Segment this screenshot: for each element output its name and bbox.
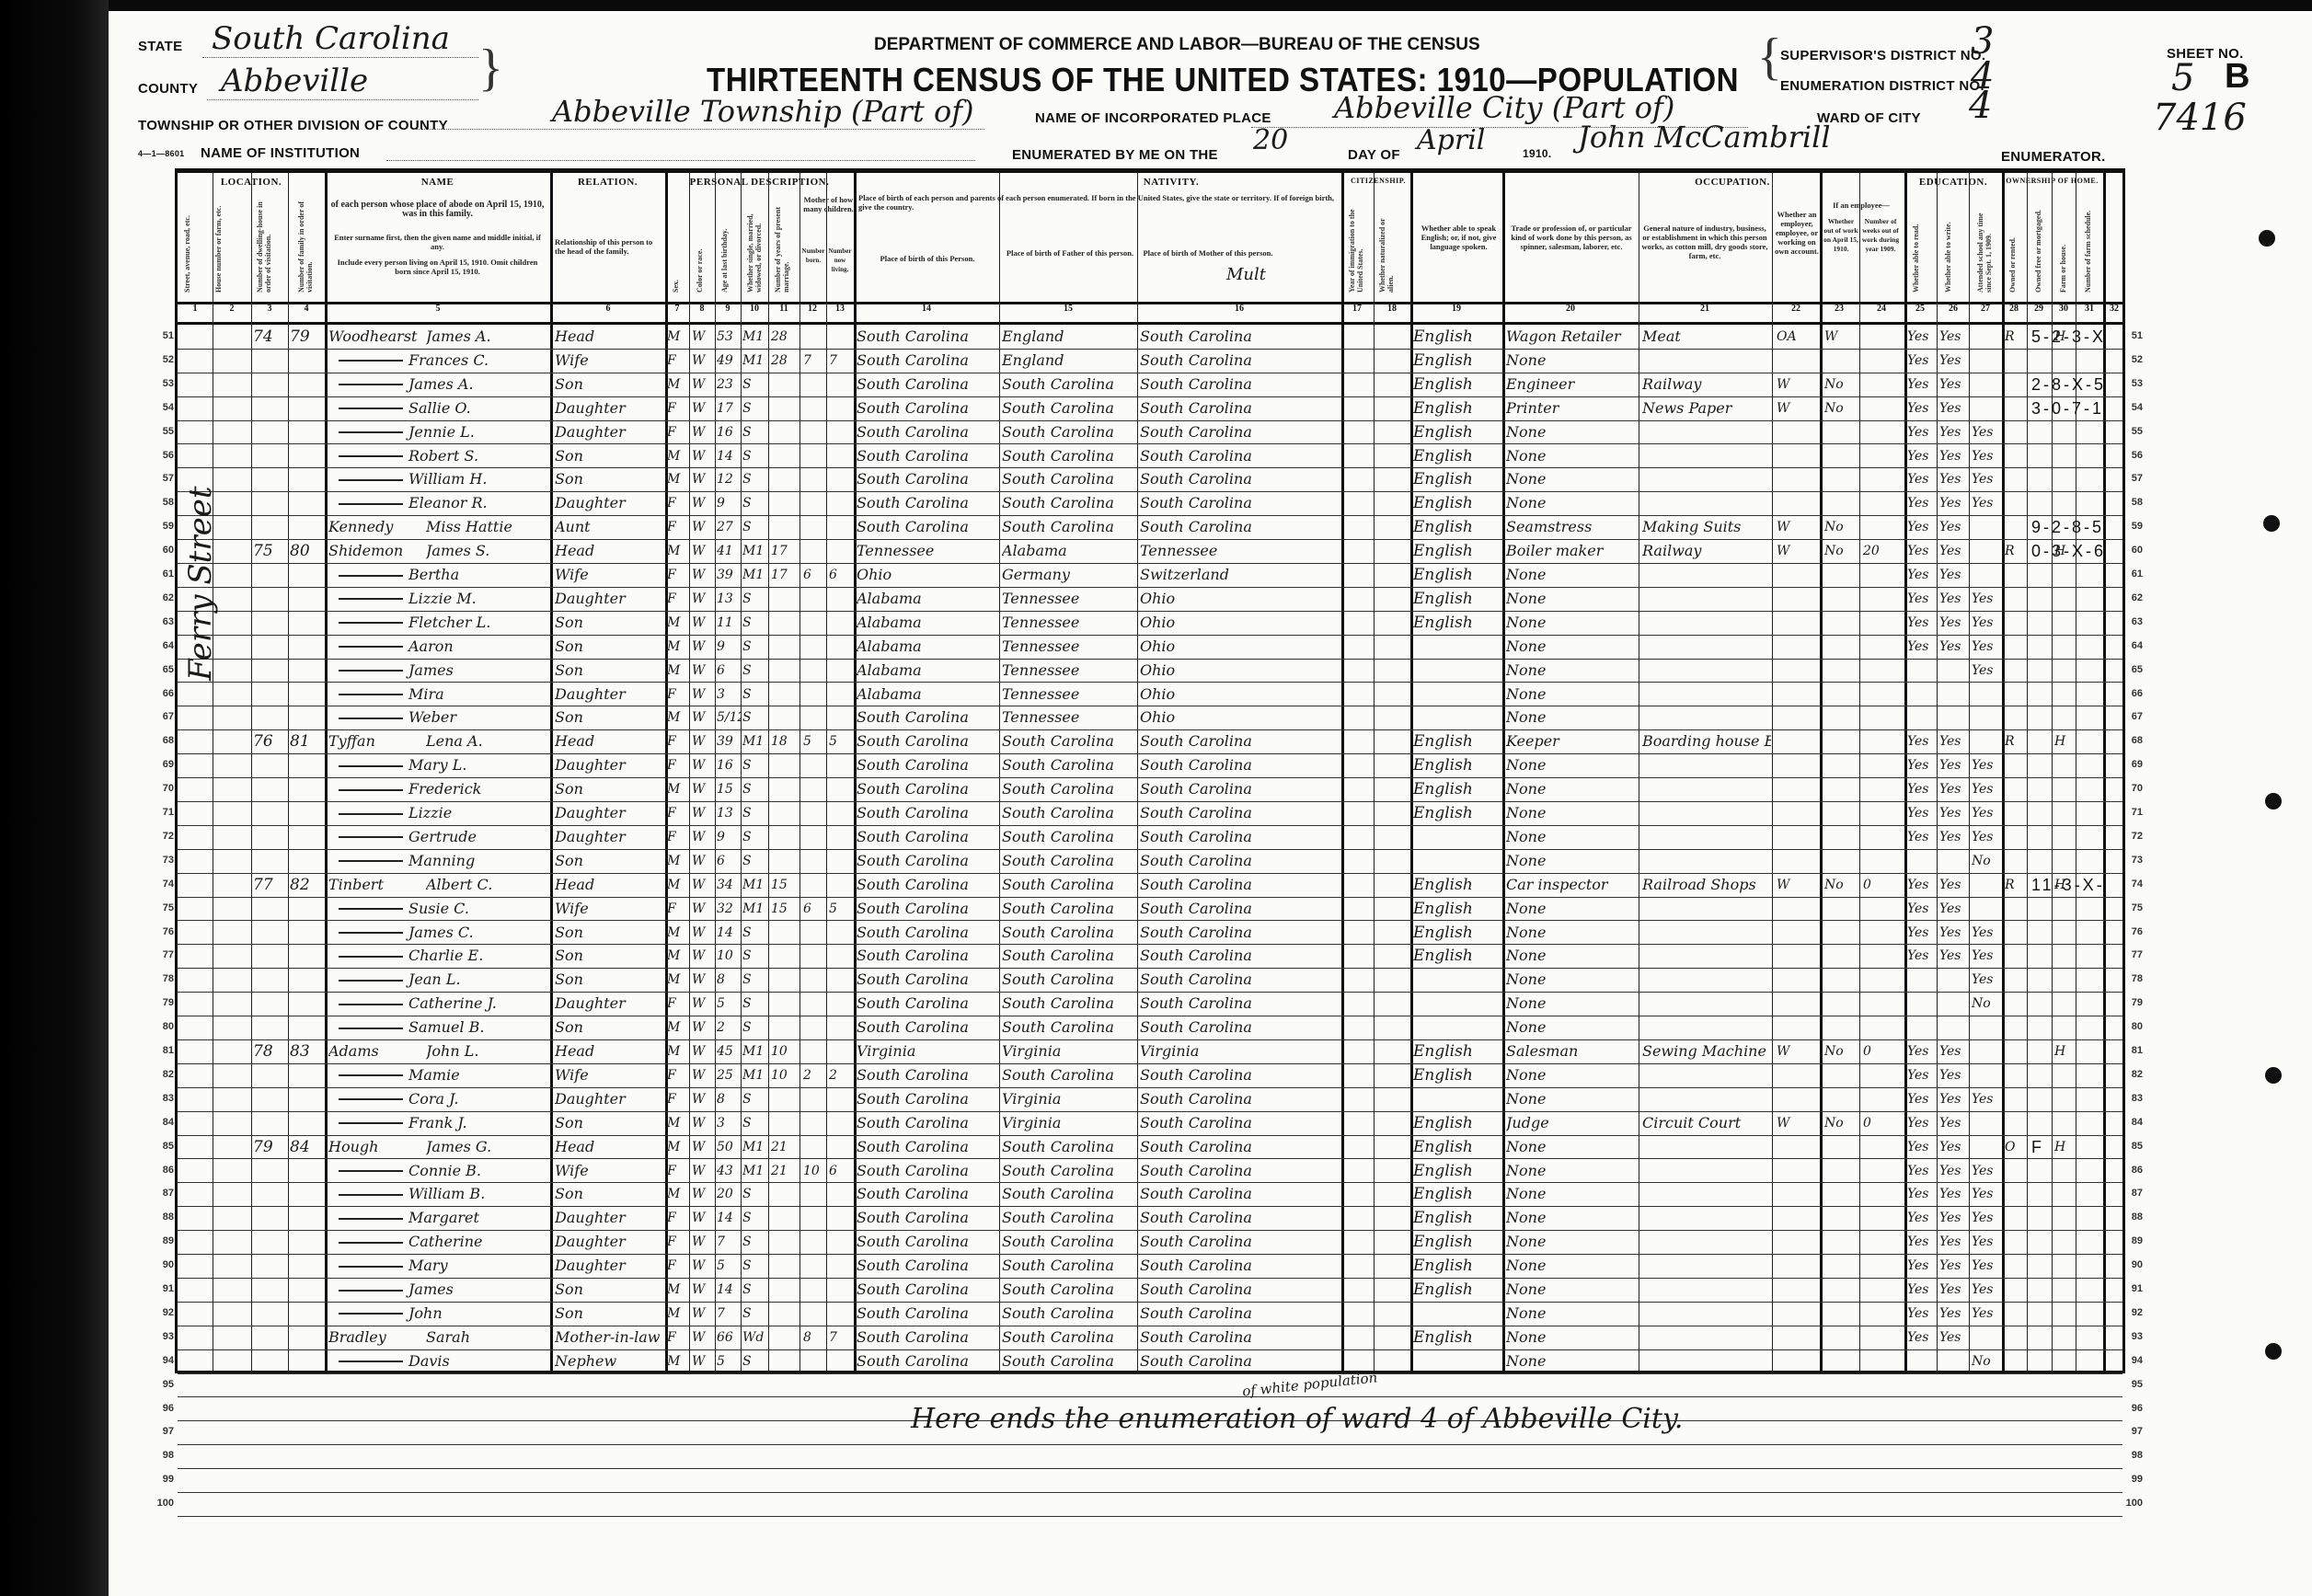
cell-bpm: South Carolina — [1140, 753, 1306, 777]
cell-bp: South Carolina — [857, 1254, 999, 1278]
cell-born — [803, 992, 825, 1016]
line-number: 91 — [150, 1283, 174, 1294]
cell-sex: F — [667, 349, 689, 373]
given-name: Mary L. — [408, 756, 466, 774]
given-name: Jennie L. — [408, 423, 475, 441]
cell-out: No — [1824, 539, 1859, 563]
cell-lang: English — [1413, 396, 1501, 420]
given-name: Mary — [408, 1257, 448, 1274]
cell-read: Yes — [1907, 1087, 1937, 1111]
cell-school — [1972, 706, 2001, 729]
cell-race: W — [692, 777, 714, 801]
cell-industry — [1642, 349, 1771, 373]
cell-age: 10 — [717, 944, 741, 968]
cell-lang: English — [1413, 539, 1501, 563]
cell-trade: None — [1506, 1016, 1637, 1039]
cell-sex: M — [667, 944, 689, 968]
cell-race: W — [692, 587, 714, 611]
line-number: 84 — [2119, 1117, 2143, 1128]
occupation-code: 11-3-X-5 — [2031, 873, 2103, 897]
cell-relation: Daughter — [555, 683, 663, 706]
table-row: 5353James A.SonMW23SSouth CarolinaSouth … — [178, 373, 2122, 396]
dwelling-header: Number of dwelling-house in order of vis… — [256, 201, 272, 293]
cell-own — [2005, 897, 2027, 921]
cell-bp: Alabama — [857, 635, 999, 659]
cell-industry: Making Suits — [1642, 515, 1771, 539]
cell-marital: S — [742, 635, 768, 659]
cell-bp: South Carolina — [857, 992, 999, 1016]
table-row: 8787William B.SonMW20SSouth CarolinaSout… — [178, 1182, 2122, 1206]
cell-own — [2005, 349, 2027, 373]
table-row: 7070FrederickSonMW15SSouth CarolinaSouth… — [178, 777, 2122, 801]
cell-marital: S — [742, 515, 768, 539]
cell-living — [829, 491, 853, 515]
ditto-dash — [339, 813, 403, 815]
cell-sex: F — [667, 897, 689, 921]
cell-sex: M — [667, 777, 689, 801]
cell-born — [803, 1016, 825, 1039]
cell-family: 83 — [290, 1039, 325, 1063]
cell-school: No — [1972, 849, 2001, 873]
cell-age: 50 — [717, 1135, 741, 1159]
line-number: 94 — [2119, 1355, 2143, 1366]
cell-write: Yes — [1939, 1182, 1969, 1206]
cell-own — [2005, 491, 2027, 515]
cell-school: Yes — [1972, 777, 2001, 801]
cell-surname: Kennedy — [328, 515, 430, 539]
cell-weeks — [1863, 921, 1904, 945]
cell-bp: South Carolina — [857, 1302, 999, 1326]
cell-emp: W — [1777, 515, 1819, 539]
cell-own — [2005, 706, 2027, 729]
line-number: 98 — [150, 1450, 174, 1461]
cell-bp: South Carolina — [857, 444, 999, 468]
column-number: 17 — [1348, 304, 1366, 314]
cell-bpm: South Carolina — [1140, 801, 1306, 825]
cell-farm — [2054, 659, 2076, 683]
cell-race: W — [692, 1016, 714, 1039]
cell-age: 5 — [717, 1349, 741, 1373]
cell-write — [1939, 1349, 1969, 1373]
cell-race: W — [692, 801, 714, 825]
cell-bpm: South Carolina — [1140, 515, 1306, 539]
sheet-side: B — [2225, 57, 2249, 97]
cell-read — [1907, 1016, 1937, 1039]
cell-out: No — [1824, 1039, 1859, 1063]
name-description: of each person whose place of abode on A… — [329, 201, 546, 219]
line-number: 80 — [150, 1021, 174, 1032]
cell-race: W — [692, 539, 714, 563]
cell-emp — [1777, 1206, 1819, 1230]
cell-race: W — [692, 1206, 714, 1230]
enumerator-name: John McCambrill — [1578, 120, 1831, 155]
cell-marital: S — [742, 1254, 768, 1278]
enum-month: April — [1417, 124, 1485, 156]
street-margin-note: Ferry Street — [182, 487, 219, 682]
cell-given: Sarah — [426, 1326, 550, 1349]
cell-bpf: South Carolina — [1002, 801, 1138, 825]
cell-farm: H — [2054, 1039, 2076, 1063]
cell-weeks — [1863, 1230, 1904, 1254]
cell-bpm: Ohio — [1140, 635, 1306, 659]
cell-age: 13 — [717, 587, 741, 611]
line-number: 60 — [150, 545, 174, 556]
cell-lang: English — [1413, 467, 1501, 491]
cell-bpm: South Carolina — [1140, 1182, 1306, 1206]
column-number: 2 — [223, 304, 241, 314]
cell-industry: Railway — [1642, 539, 1771, 563]
cell-industry — [1642, 1016, 1771, 1039]
cell-marital: M1 — [742, 1039, 768, 1063]
line-number: 56 — [2119, 450, 2143, 461]
table-row: 51517479WoodhearstJames A.HeadMW53M128So… — [178, 325, 2122, 349]
line-number: 66 — [2119, 688, 2143, 699]
cell-industry — [1642, 1206, 1771, 1230]
cell-born — [803, 849, 825, 873]
cell-age: 15 — [717, 777, 741, 801]
cell-bp: South Carolina — [857, 873, 999, 897]
cell-out — [1824, 1230, 1859, 1254]
cell-farm — [2054, 849, 2076, 873]
cell-out — [1824, 420, 1859, 444]
family-header: Number of family in order of visitation. — [297, 201, 314, 293]
column-number: 19 — [1447, 304, 1466, 314]
cell-relation: Son — [555, 968, 663, 992]
cell-given: Frances C. — [339, 349, 550, 373]
cell-relation: Son — [555, 921, 663, 945]
cell-industry: Railway — [1642, 373, 1771, 396]
cell-read: Yes — [1907, 444, 1937, 468]
cell-yrs: 21 — [771, 1135, 799, 1159]
cell-dwelling — [253, 1302, 288, 1326]
ditto-dash — [339, 1194, 403, 1196]
cell-farm — [2054, 611, 2076, 635]
cell-family — [290, 349, 325, 373]
table-row: 74747782TinbertAlbert C.HeadMW34M115Sout… — [178, 873, 2122, 897]
cell-industry — [1642, 849, 1771, 873]
cell-school: No — [1972, 1349, 2001, 1373]
table-row: 5252Frances C.WifeFW49M12877South Caroli… — [178, 349, 2122, 373]
cell-emp — [1777, 1016, 1819, 1039]
cell-industry — [1642, 563, 1771, 587]
cell-dwelling — [253, 491, 288, 515]
cell-dwelling — [253, 1278, 288, 1302]
end-of-enumeration-note: Here ends the enumeration of ward 4 of A… — [911, 1403, 1683, 1435]
cell-industry — [1642, 1182, 1771, 1206]
line-number: 62 — [150, 592, 174, 603]
cell-trade: None — [1506, 801, 1637, 825]
cell-trade: None — [1506, 683, 1637, 706]
line-number: 75 — [2119, 902, 2143, 913]
cell-write: Yes — [1939, 1039, 1969, 1063]
cell-lang: English — [1413, 420, 1501, 444]
cell-lang: English — [1413, 325, 1501, 349]
column-number: 8 — [693, 304, 711, 314]
cell-weeks — [1863, 1302, 1904, 1326]
column-number: 6 — [599, 304, 617, 314]
cell-yrs — [771, 491, 799, 515]
cell-bp: South Carolina — [857, 753, 999, 777]
cell-school — [1972, 1016, 2001, 1039]
cell-bp: Ohio — [857, 563, 999, 587]
cell-race: W — [692, 1230, 714, 1254]
given-name: Eleanor R. — [408, 494, 488, 511]
cell-family: 82 — [290, 873, 325, 897]
line-number: 87 — [2119, 1188, 2143, 1199]
cell-family — [290, 1159, 325, 1183]
cell-yrs — [771, 420, 799, 444]
cell-dwelling — [253, 1063, 288, 1087]
cell-bp: South Carolina — [857, 1135, 999, 1159]
cell-age: 3 — [717, 683, 741, 706]
cell-bpf: South Carolina — [1002, 897, 1138, 921]
given-name: Mamie — [408, 1066, 460, 1084]
cell-farm — [2054, 1016, 2076, 1039]
cell-age: 53 — [717, 325, 741, 349]
cell-industry — [1642, 1254, 1771, 1278]
cell-relation: Son — [555, 1302, 663, 1326]
ditto-dash — [339, 932, 403, 934]
line-number: 51 — [2119, 330, 2143, 341]
line-number: 90 — [2119, 1259, 2143, 1270]
cell-relation: Son — [555, 706, 663, 729]
cell-age: 6 — [717, 659, 741, 683]
cell-own — [2005, 420, 2027, 444]
cell-lang: English — [1413, 1254, 1501, 1278]
cell-family — [290, 611, 325, 635]
cell-own — [2005, 944, 2027, 968]
cell-relation: Head — [555, 1039, 663, 1063]
cell-race: W — [692, 420, 714, 444]
cell-trade: None — [1506, 1278, 1637, 1302]
cell-age: 11 — [717, 611, 741, 635]
cell-read: Yes — [1907, 420, 1937, 444]
cell-given: Manning — [339, 849, 550, 873]
cell-race: W — [692, 1326, 714, 1349]
cell-lang: English — [1413, 349, 1501, 373]
cell-sex: M — [667, 1039, 689, 1063]
cell-emp — [1777, 467, 1819, 491]
cell-marital: S — [742, 683, 768, 706]
cell-relation: Nephew — [555, 1349, 663, 1373]
cell-race: W — [692, 396, 714, 420]
cell-write: Yes — [1939, 1302, 1969, 1326]
cell-sex: M — [667, 873, 689, 897]
cell-yrs — [771, 467, 799, 491]
cell-dwelling — [253, 587, 288, 611]
given-name: Jean L. — [408, 970, 461, 988]
cell-dwelling: 75 — [253, 539, 288, 563]
cell-surname: Bradley — [328, 1326, 430, 1349]
line-number: 72 — [2119, 831, 2143, 842]
cell-lang — [1413, 825, 1501, 849]
cell-dwelling — [253, 635, 288, 659]
father-birth-annotation: Mult — [1226, 265, 1266, 284]
cell-school: Yes — [1972, 1230, 2001, 1254]
cell-lang: English — [1413, 801, 1501, 825]
cell-living — [829, 467, 853, 491]
cell-bp: South Carolina — [857, 729, 999, 753]
line-number: 61 — [2119, 568, 2143, 580]
cell-own — [2005, 1159, 2027, 1183]
cell-living — [829, 992, 853, 1016]
cell-given: Eleanor R. — [339, 491, 550, 515]
cell-marital: M1 — [742, 873, 768, 897]
cell-lang: English — [1413, 1135, 1501, 1159]
farm-schedule-header: Number of farm schedule. — [2084, 201, 2092, 293]
cell-own — [2005, 587, 2027, 611]
cell-marital: S — [742, 396, 768, 420]
line-number: 70 — [150, 783, 174, 794]
cell-born — [803, 873, 825, 897]
line-number: 99 — [2119, 1474, 2143, 1485]
cell-marital: S — [742, 611, 768, 635]
cell-age: 25 — [717, 1063, 741, 1087]
cell-weeks — [1863, 563, 1904, 587]
cell-bpf: South Carolina — [1002, 992, 1138, 1016]
cell-bp: South Carolina — [857, 1230, 999, 1254]
cell-farm — [2054, 921, 2076, 945]
cell-bp: South Carolina — [857, 801, 999, 825]
ditto-dash — [339, 1361, 403, 1362]
header-brace-left: } — [478, 39, 503, 98]
cell-farm: H — [2054, 729, 2076, 753]
line-number: 84 — [150, 1117, 174, 1128]
table-row: 60607580ShidemonJames S.HeadMW41M117Tenn… — [178, 539, 2122, 563]
if-employee-header: If an employee— — [1824, 201, 1898, 210]
cell-marital: M1 — [742, 349, 768, 373]
ditto-dash — [339, 503, 403, 505]
cell-farm — [2054, 777, 2076, 801]
cell-read: Yes — [1907, 944, 1937, 968]
cell-bp: South Carolina — [857, 968, 999, 992]
line-number: 83 — [150, 1093, 174, 1104]
cell-write — [1939, 659, 1969, 683]
cell-school — [1972, 897, 2001, 921]
cell-bp: South Carolina — [857, 1349, 999, 1373]
cell-farm — [2054, 491, 2076, 515]
cell-bpf: South Carolina — [1002, 420, 1138, 444]
table-row: 9494DavisNephewMW5SSouth CarolinaSouth C… — [178, 1349, 2122, 1373]
given-name: James — [408, 1280, 454, 1298]
cell-given: James C. — [339, 921, 550, 945]
ditto-dash — [339, 431, 403, 433]
weeks-out-header: Number of weeks out of work during year … — [1861, 217, 1900, 254]
cell-industry — [1642, 706, 1771, 729]
cell-emp: OA — [1777, 325, 1819, 349]
cell-race: W — [692, 611, 714, 635]
cell-born — [803, 921, 825, 945]
cell-write: Yes — [1939, 491, 1969, 515]
cell-farm — [2054, 1159, 2076, 1183]
cell-sex: M — [667, 1111, 689, 1135]
cell-yrs — [771, 515, 799, 539]
cell-age: 17 — [717, 396, 741, 420]
cell-emp — [1777, 611, 1819, 635]
cell-bpf: South Carolina — [1002, 1135, 1138, 1159]
cell-bpm: South Carolina — [1140, 444, 1306, 468]
line-number: 92 — [150, 1307, 174, 1318]
cell-age: 9 — [717, 491, 741, 515]
cell-bpf: Virginia — [1002, 1111, 1138, 1135]
cell-sex: M — [667, 1135, 689, 1159]
cell-living — [829, 1349, 853, 1373]
line-number: 93 — [150, 1331, 174, 1342]
cell-own — [2005, 921, 2027, 945]
cell-living — [829, 587, 853, 611]
cell-yrs: 15 — [771, 873, 799, 897]
cell-relation: Daughter — [555, 1087, 663, 1111]
cell-school — [1972, 563, 2001, 587]
cell-born — [803, 635, 825, 659]
table-row: 5454Sallie O.DaughterFW17SSouth Carolina… — [178, 396, 2122, 420]
column-number: 15 — [1059, 304, 1077, 314]
cell-yrs — [771, 921, 799, 945]
line-number: 83 — [2119, 1093, 2143, 1104]
cell-living — [829, 1111, 853, 1135]
cell-read: Yes — [1907, 1230, 1937, 1254]
cell-age: 49 — [717, 349, 741, 373]
cell-dwelling — [253, 1016, 288, 1039]
cell-lang: English — [1413, 373, 1501, 396]
cell-race: W — [692, 635, 714, 659]
cell-write — [1939, 706, 1969, 729]
ditto-dash — [339, 384, 403, 385]
cell-farm — [2054, 801, 2076, 825]
cell-own: R — [2005, 729, 2027, 753]
line-number: 82 — [150, 1069, 174, 1080]
cell-dwelling — [253, 396, 288, 420]
cell-given: Miss Hattie — [426, 515, 550, 539]
given-name: Fletcher L. — [408, 614, 490, 631]
cell-living — [829, 1039, 853, 1063]
cell-relation: Head — [555, 873, 663, 897]
cell-lang: English — [1413, 1278, 1501, 1302]
cell-given: Catherine J. — [339, 992, 550, 1016]
line-number: 85 — [150, 1141, 174, 1152]
cell-sex: F — [667, 1063, 689, 1087]
cell-age: 66 — [717, 1326, 741, 1349]
cell-emp — [1777, 420, 1819, 444]
naturalized-header: Whether naturalized or alien. — [1378, 201, 1395, 293]
cell-living — [829, 635, 853, 659]
cell-school: Yes — [1972, 921, 2001, 945]
cell-sex: M — [667, 1182, 689, 1206]
cell-weeks — [1863, 777, 1904, 801]
line-number: 81 — [2119, 1045, 2143, 1056]
table-row: 7878Jean L.SonMW8SSouth CarolinaSouth Ca… — [178, 968, 2122, 992]
cell-weeks — [1863, 635, 1904, 659]
cell-write: Yes — [1939, 396, 1969, 420]
cell-bpm: South Carolina — [1140, 491, 1306, 515]
cell-bpf: South Carolina — [1002, 753, 1138, 777]
cell-age: 14 — [717, 1206, 741, 1230]
cell-family — [290, 849, 325, 873]
table-row: 9393BradleySarahMother-in-lawFW66Wd87Sou… — [178, 1326, 2122, 1349]
cell-given: Aaron — [339, 635, 550, 659]
cell-lang: English — [1413, 1326, 1501, 1349]
line-number: 63 — [2119, 616, 2143, 627]
table-row: 7575Susie C.WifeFW32M11565South Carolina… — [178, 897, 2122, 921]
header-brace-right: { — [1757, 28, 1782, 86]
cell-lang: English — [1413, 1230, 1501, 1254]
cell-emp — [1777, 992, 1819, 1016]
cell-read: Yes — [1907, 801, 1937, 825]
cell-marital: S — [742, 706, 768, 729]
cell-farm — [2054, 467, 2076, 491]
cell-lang: English — [1413, 1111, 1501, 1135]
cell-family — [290, 444, 325, 468]
